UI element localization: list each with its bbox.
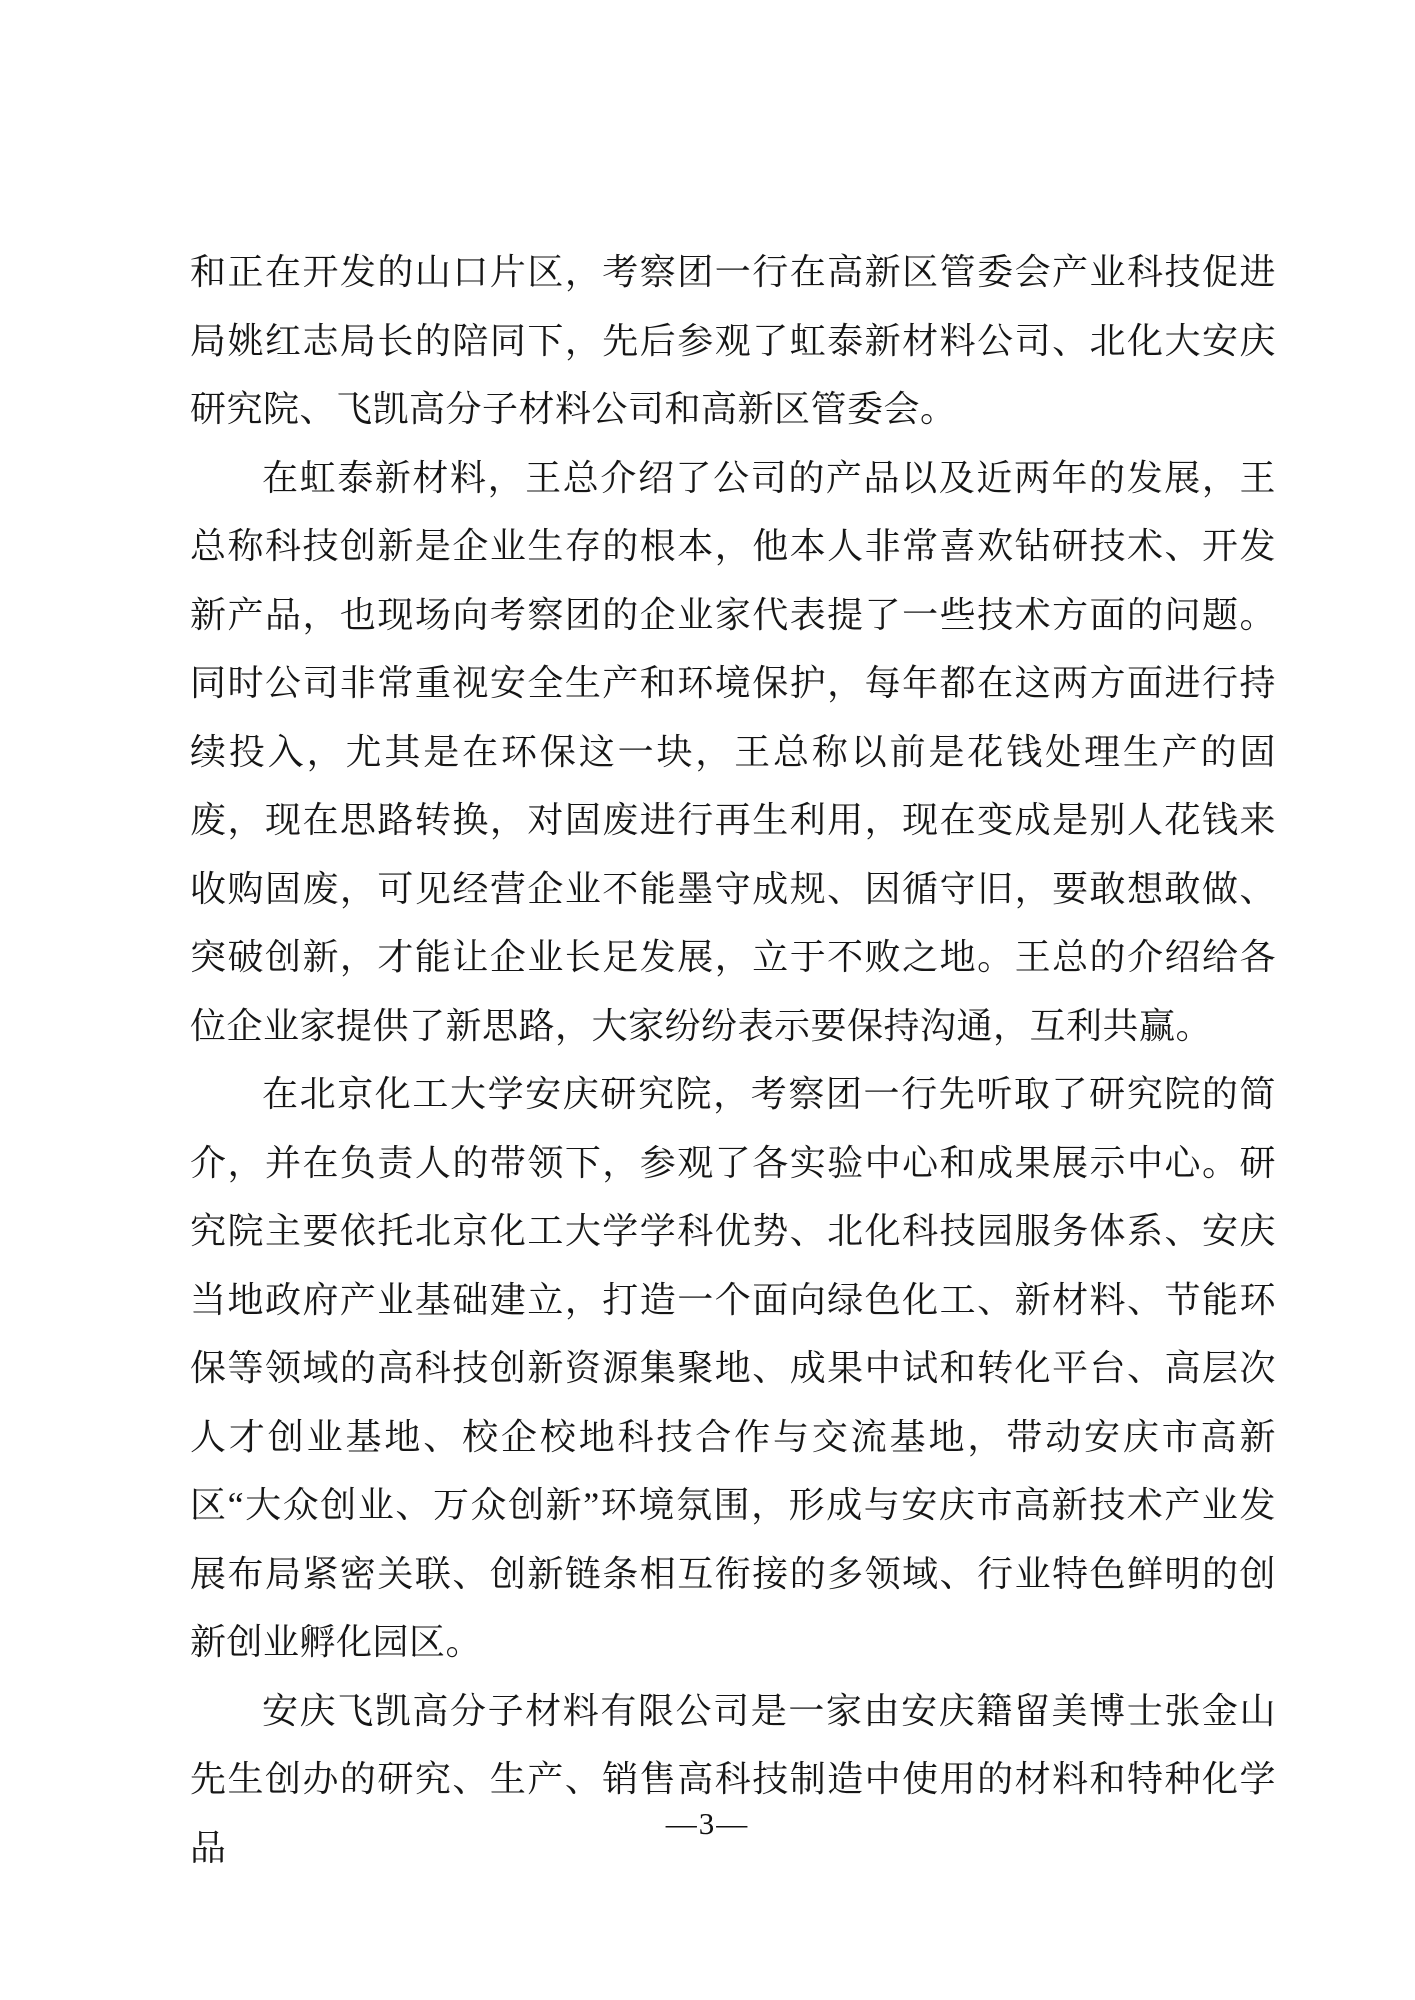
paragraph-tour-continuation: 和正在开发的山口片区，考察团一行在高新区管委会产业科技促进局姚红志局长的陪同下，… xyxy=(190,238,1276,444)
document-text-block: 和正在开发的山口片区，考察团一行在高新区管委会产业科技促进局姚红志局长的陪同下，… xyxy=(190,238,1276,1882)
page-number: —3— xyxy=(0,1806,1415,1842)
paragraph-hongtai-new-materials: 在虹泰新材料，王总介绍了公司的产品以及近两年的发展，王总称科技创新是企业生存的根… xyxy=(190,444,1276,1061)
document-page: 和正在开发的山口片区，考察团一行在高新区管委会产业科技促进局姚红志局长的陪同下，… xyxy=(0,0,1415,2000)
paragraph-buct-anqing-institute: 在北京化工大学安庆研究院，考察团一行先听取了研究院的简介，并在负责人的带领下，参… xyxy=(190,1060,1276,1677)
paragraph-feikai-polymer: 安庆飞凯高分子材料有限公司是一家由安庆籍留美博士张金山先生创办的研究、生产、销售… xyxy=(190,1677,1276,1883)
